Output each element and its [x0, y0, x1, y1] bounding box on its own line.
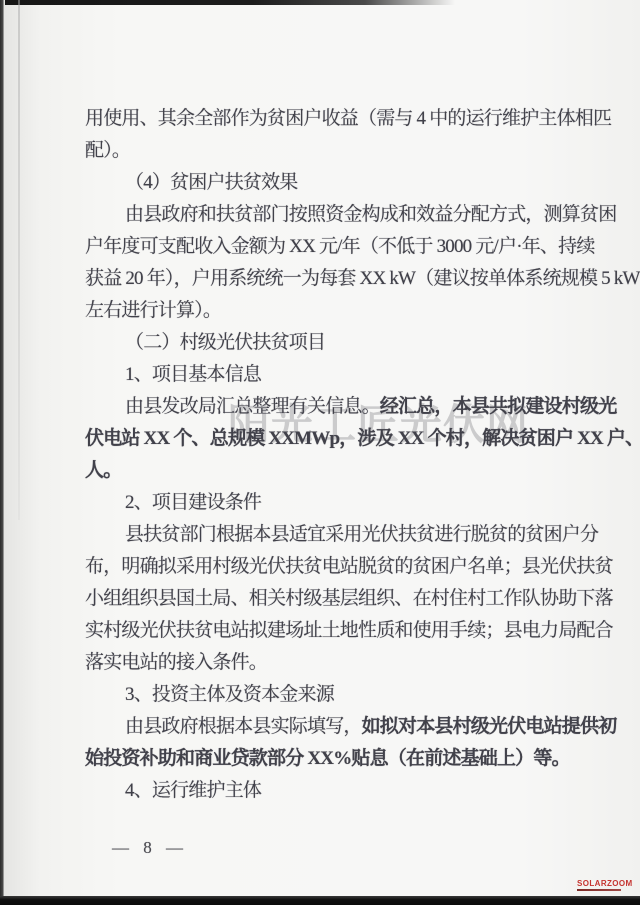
line-text: 布，明确拟采用村级光伏扶贫电站脱贫的贫困户名单；县光伏扶贫	[85, 556, 613, 577]
line-text-bold: 伏电站 XX 个、总规模 XXMWp，涉及 XX 个村，解决贫困户 XX 户、X…	[85, 428, 640, 449]
line-text: 4、运行维护主体	[125, 780, 261, 801]
line-text-bold: 如拟对本县村级光伏电站提供初	[362, 716, 617, 737]
line-text: 小组组织县国土局、相关村级基层组织、在村住村工作队协助下落	[85, 588, 613, 609]
text-line: 落实电站的接入条件。	[85, 647, 615, 679]
line-text: 实村级光伏扶贫电站拟建场址土地性质和使用手续；县电力局配合	[85, 620, 613, 641]
line-text: 2、项目建设条件	[125, 492, 261, 513]
text-line: 实村级光伏扶贫电站拟建场址土地性质和使用手续；县电力局配合	[85, 615, 615, 647]
text-line: 由县发改局汇总整理有关信息。经汇总，本县共拟建设村级光	[85, 391, 615, 423]
heading-line: （二）村级光伏扶贫项目	[85, 327, 615, 359]
site-logo-text: SOLARZOOM	[577, 880, 633, 888]
page-number: — 8 —	[112, 838, 188, 858]
heading-line: （4）贫困户扶贫效果	[85, 167, 615, 199]
line-text: 由县政府根据本县实际填写，	[125, 716, 362, 737]
text-line: 始投资补助和商业贷款部分 XX%贴息（在前述基础上）等。	[85, 743, 615, 775]
text-line: 小组组织县国土局、相关村级基层组织、在村住村工作队协助下落	[85, 583, 615, 615]
text-line: 用使用、其余全部作为贫困户收益（需与 4 中的运行维护主体相匹	[85, 103, 615, 135]
line-text-bold: 始投资补助和商业贷款部分 XX%贴息（在前述基础上）等。	[85, 748, 570, 769]
heading-line: 2、项目建设条件	[85, 487, 615, 519]
scan-edge-top	[5, 0, 455, 5]
heading-line: 1、项目基本信息	[85, 359, 615, 391]
text-line: 布，明确拟采用村级光伏扶贫电站脱贫的贫困户名单；县光伏扶贫	[85, 551, 615, 583]
line-text: 左右进行计算）。	[85, 300, 221, 321]
line-text: 由县政府和扶贫部门按照资金构成和效益分配方式，测算贫困	[125, 204, 616, 225]
text-line: 由县政府和扶贫部门按照资金构成和效益分配方式，测算贫困	[85, 199, 615, 231]
line-text: 配）。	[85, 140, 130, 161]
text-line: 伏电站 XX 个、总规模 XXMWp，涉及 XX 个村，解决贫困户 XX 户、X…	[85, 423, 615, 455]
line-text: 落实电站的接入条件。	[85, 652, 267, 673]
document-body: 用使用、其余全部作为贫困户收益（需与 4 中的运行维护主体相匹 配）。 （4）贫…	[85, 103, 615, 807]
line-text: 3、投资主体及资本金来源	[125, 684, 334, 705]
line-text: （二）村级光伏扶贫项目	[125, 332, 325, 353]
line-text: 获益 20 年），户用系统统一为每套 XX kW（建议按单体系统规模 5 kW	[85, 268, 640, 289]
scan-edge-bottom	[0, 896, 640, 905]
text-line: 左右进行计算）。	[85, 295, 615, 327]
text-line: 配）。	[85, 135, 615, 167]
scan-edge-left	[0, 0, 4, 905]
paper-crease	[18, 0, 20, 520]
line-text: 1、项目基本信息	[125, 364, 261, 385]
text-line: 户年度可支配收入金额为 XX 元/年（不低于 3000 元/户·年、持续	[85, 231, 615, 263]
site-logo-underline	[577, 889, 621, 891]
text-line: 由县政府根据本县实际填写，如拟对本县村级光伏电站提供初	[85, 711, 615, 743]
heading-line: 3、投资主体及资本金来源	[85, 679, 615, 711]
line-text-bold: 人。	[85, 460, 121, 481]
text-line: 人。	[85, 455, 615, 487]
heading-line: 4、运行维护主体	[85, 775, 615, 807]
text-line: 获益 20 年），户用系统统一为每套 XX kW（建议按单体系统规模 5 kW	[85, 263, 615, 295]
line-text-bold: 经汇总，本县共拟建设村级光	[380, 396, 617, 417]
line-text: 由县发改局汇总整理有关信息。	[125, 396, 380, 417]
site-logo: SOLARZOOM	[577, 880, 633, 891]
line-text: （4）贫困户扶贫效果	[125, 172, 298, 193]
text-line: 县扶贫部门根据本县适宜采用光伏扶贫进行脱贫的贫困户分	[85, 519, 615, 551]
line-text: 户年度可支配收入金额为 XX 元/年（不低于 3000 元/户·年、持续	[85, 236, 595, 257]
line-text: 用使用、其余全部作为贫困户收益（需与 4 中的运行维护主体相匹	[85, 108, 611, 129]
scanned-document-page: 阳光工匠光伏网 用使用、其余全部作为贫困户收益（需与 4 中的运行维护主体相匹 …	[0, 0, 640, 905]
line-text: 县扶贫部门根据本县适宜采用光伏扶贫进行脱贫的贫困户分	[125, 524, 598, 545]
